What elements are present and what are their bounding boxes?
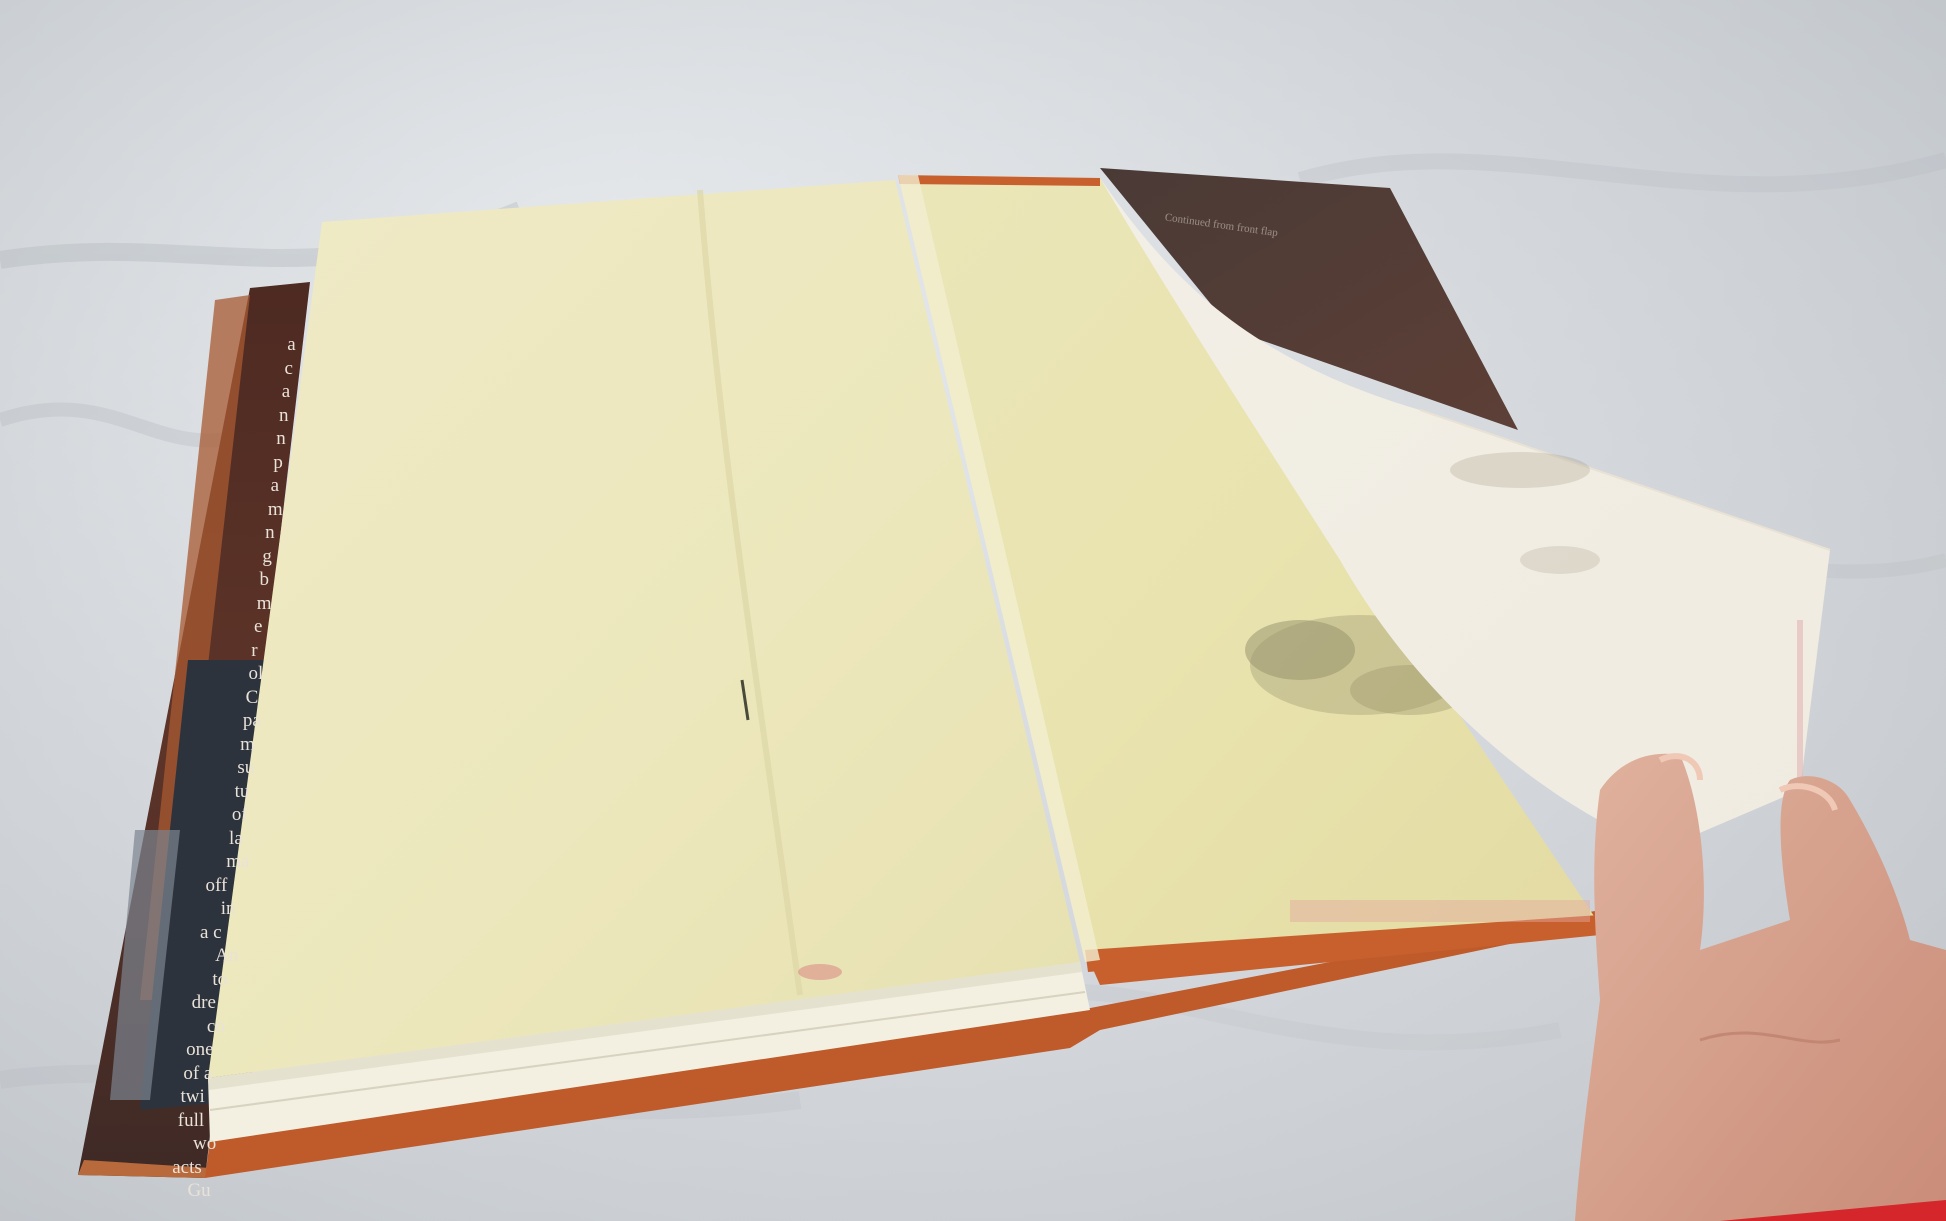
left-flap-line: ma — [226, 847, 249, 876]
left-flap-line: in — [221, 894, 236, 923]
left-flap-line: Gu — [187, 1176, 210, 1205]
photo-scene — [0, 0, 1946, 1221]
